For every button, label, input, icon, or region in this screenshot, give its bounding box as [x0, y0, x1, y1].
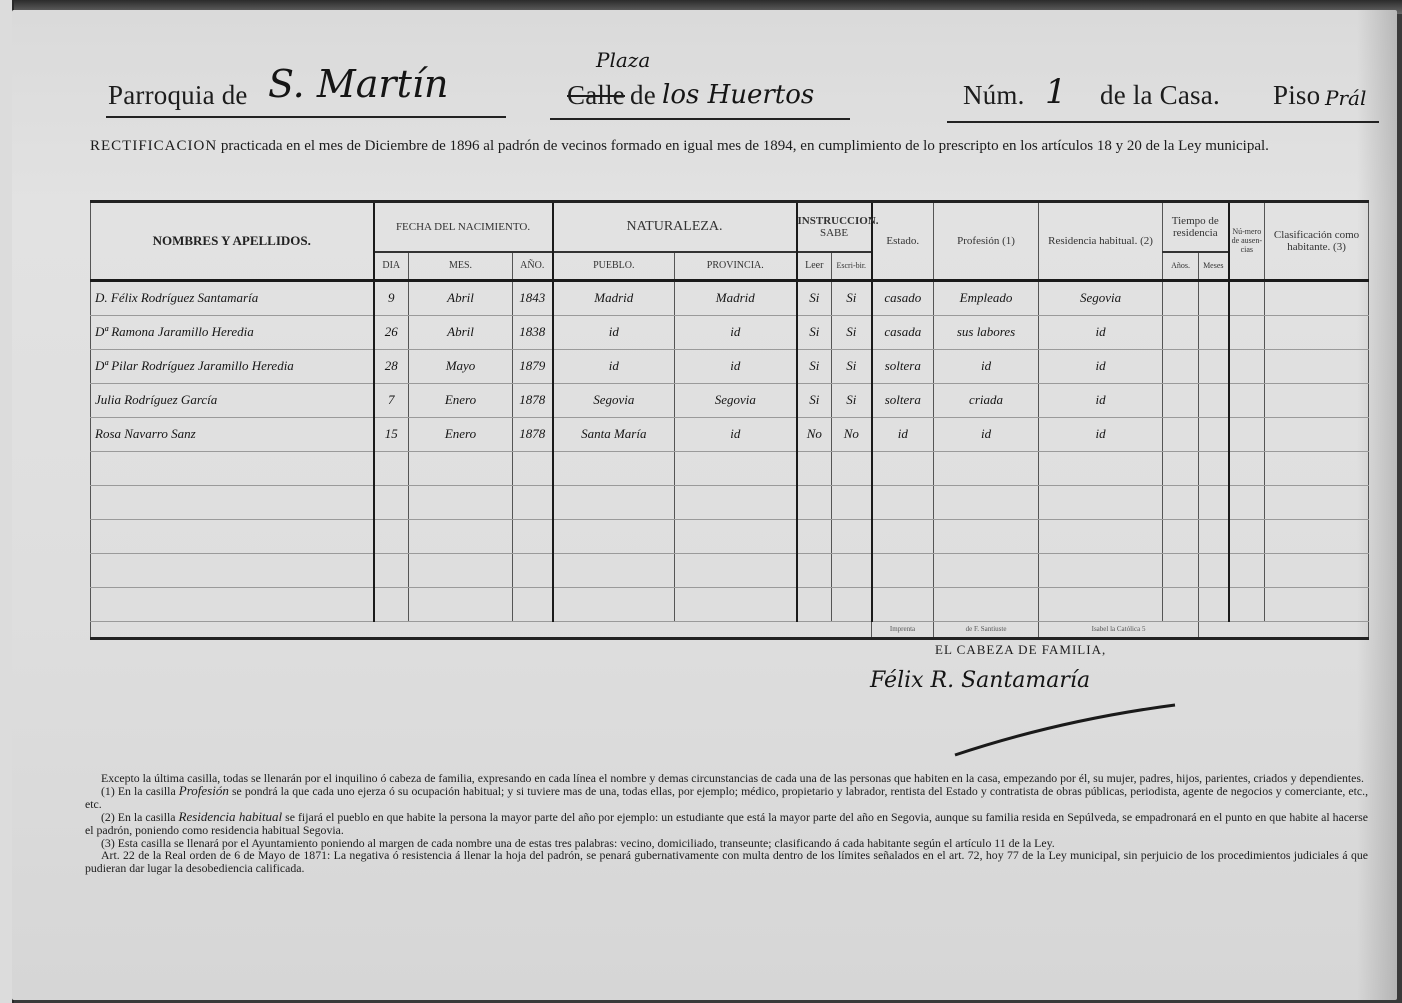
cell-clasificacion: [1265, 349, 1369, 383]
cell-numero: [1229, 417, 1265, 451]
cell-clasificacion: [1265, 485, 1369, 519]
cell-anos: [1163, 383, 1199, 417]
census-rows: D. Félix Rodríguez Santamaría 9 Abril 18…: [91, 280, 1369, 638]
header-estado: Estado.: [872, 202, 934, 281]
cell-dia: 26: [374, 315, 409, 349]
cell-pueblo: [553, 451, 675, 485]
rectification-intro: RECTIFICACION practicada en el mes de Di…: [90, 138, 1380, 155]
header-naturaleza: NATURALEZA.: [553, 202, 797, 252]
num-underline: [947, 121, 1379, 123]
header-meses: Meses: [1199, 252, 1229, 281]
header-clasificacion: Clasificación como habitante. (3): [1265, 202, 1369, 281]
instruccion-label: INSTRUCCION.: [798, 215, 871, 227]
header-residencia: Residencia habitual. (2): [1039, 202, 1163, 281]
imprint-row: Imprentade F. SantiusteIsabel la Católic…: [91, 621, 1369, 638]
cell-estado: [872, 587, 934, 621]
cell-leer: Si: [797, 349, 832, 383]
cell-escribir: Si: [832, 280, 872, 315]
cell-anos: [1163, 349, 1199, 383]
cell-pueblo: [553, 553, 675, 587]
cell-meses: [1199, 451, 1229, 485]
header-provincia: PROVINCIA.: [675, 252, 797, 281]
cell-pueblo: [553, 519, 675, 553]
cell-escribir: [832, 451, 872, 485]
table-row: [91, 451, 1369, 485]
cell-residencia: [1039, 451, 1163, 485]
cell-numero: [1229, 280, 1265, 315]
cell-residencia: id: [1039, 417, 1163, 451]
calle-value: los Huertos: [662, 80, 814, 110]
imprint-cell: Isabel la Católica 5: [1039, 621, 1199, 638]
cell-leer: [797, 587, 832, 621]
cell-pueblo: Santa María: [553, 417, 675, 451]
imprint-cell: [1199, 621, 1369, 638]
cell-nombre: D. Félix Rodríguez Santamaría: [91, 280, 374, 315]
calle-label-struck: Calle: [567, 80, 625, 111]
note-article: Art. 22 de la Real orden de 6 de Mayo de…: [85, 849, 1368, 875]
cell-provincia: [675, 553, 797, 587]
cell-mes: Abril: [409, 280, 513, 315]
cell-estado: soltera: [872, 383, 934, 417]
cell-clasificacion: [1265, 417, 1369, 451]
cell-nombre: [91, 519, 374, 553]
cell-nombre: [91, 485, 374, 519]
note-1-prefix: (1) En la casilla: [101, 784, 176, 798]
cell-dia: [374, 519, 409, 553]
cell-numero: [1229, 315, 1265, 349]
cell-clasificacion: [1265, 553, 1369, 587]
cell-estado: [872, 485, 934, 519]
header-ano: AÑO.: [513, 252, 553, 281]
cell-numero: [1229, 485, 1265, 519]
cell-mes: Enero: [409, 417, 513, 451]
cell-mes: [409, 587, 513, 621]
cell-meses: [1199, 553, 1229, 587]
cell-estado: soltera: [872, 349, 934, 383]
header-mes: MES.: [409, 252, 513, 281]
cell-clasificacion: [1265, 315, 1369, 349]
cell-mes: [409, 519, 513, 553]
cell-pueblo: id: [553, 349, 675, 383]
cell-profesion: [934, 485, 1039, 519]
note-1: (1) En la casilla Profesión se pondrá la…: [85, 785, 1368, 811]
cell-nombre: Dª Ramona Jaramillo Heredia: [91, 315, 374, 349]
cell-escribir: No: [832, 417, 872, 451]
cell-ano: [513, 451, 553, 485]
cell-anos: [1163, 519, 1199, 553]
cell-nombre: [91, 451, 374, 485]
sabe-label: SABE: [798, 227, 871, 239]
header-tiempo: Tiempo de residencia: [1163, 202, 1229, 252]
cell-provincia: Segovia: [675, 383, 797, 417]
cell-ano: [513, 519, 553, 553]
header-numero: Nú-mero de ausen-cias: [1229, 202, 1265, 281]
cell-provincia: [675, 485, 797, 519]
calle-correction: Plaza: [596, 48, 650, 72]
intro-title: RECTIFICACION: [90, 138, 217, 154]
cell-profesion: [934, 553, 1039, 587]
cell-estado: [872, 519, 934, 553]
cell-nombre: Rosa Navarro Sanz: [91, 417, 374, 451]
cell-estado: [872, 451, 934, 485]
num-value: 1: [1045, 72, 1067, 112]
cell-escribir: Si: [832, 383, 872, 417]
cell-nombre: Julia Rodríguez García: [91, 383, 374, 417]
cell-anos: [1163, 417, 1199, 451]
parroquia-underline: [106, 116, 506, 118]
cell-profesion: [934, 519, 1039, 553]
cell-mes: [409, 451, 513, 485]
cell-provincia: [675, 451, 797, 485]
imprint-cell: [91, 621, 872, 638]
cell-mes: Mayo: [409, 349, 513, 383]
cell-residencia: [1039, 485, 1163, 519]
cell-clasificacion: [1265, 519, 1369, 553]
census-table: NOMBRES Y APELLIDOS. FECHA DEL NACIMIENT…: [90, 200, 1369, 640]
cell-anos: [1163, 553, 1199, 587]
cell-escribir: Si: [832, 315, 872, 349]
cell-residencia: [1039, 587, 1163, 621]
cell-anos: [1163, 280, 1199, 315]
calle-underline: [550, 118, 850, 120]
cell-ano: [513, 587, 553, 621]
cell-clasificacion: [1265, 587, 1369, 621]
cell-meses: [1199, 485, 1229, 519]
cell-escribir: [832, 519, 872, 553]
piso-value: Prál: [1325, 86, 1366, 110]
cell-mes: [409, 485, 513, 519]
cell-numero: [1229, 383, 1265, 417]
cell-leer: [797, 451, 832, 485]
cell-leer: [797, 485, 832, 519]
cell-mes: Abril: [409, 315, 513, 349]
cell-estado: id: [872, 417, 934, 451]
header-leer: Leer: [797, 252, 832, 281]
cell-pueblo: [553, 485, 675, 519]
cell-pueblo: id: [553, 315, 675, 349]
table-row: Dª Ramona Jaramillo Heredia 26 Abril 183…: [91, 315, 1369, 349]
cell-ano: 1878: [513, 383, 553, 417]
cell-leer: [797, 519, 832, 553]
cell-meses: [1199, 587, 1229, 621]
cell-pueblo: Madrid: [553, 280, 675, 315]
cell-meses: [1199, 349, 1229, 383]
cell-mes: Enero: [409, 383, 513, 417]
calle-de: de: [630, 80, 656, 111]
parroquia-value: S. Martín: [268, 62, 448, 106]
cell-meses: [1199, 383, 1229, 417]
cell-escribir: [832, 485, 872, 519]
cell-estado: casada: [872, 315, 934, 349]
cell-nombre: Dª Pilar Rodríguez Jaramillo Heredia: [91, 349, 374, 383]
cell-profesion: criada: [934, 383, 1039, 417]
cell-leer: Si: [797, 280, 832, 315]
cell-anos: [1163, 451, 1199, 485]
header-nombres: NOMBRES Y APELLIDOS.: [91, 202, 374, 281]
cell-anos: [1163, 587, 1199, 621]
cell-ano: 1879: [513, 349, 553, 383]
header-pueblo: PUEBLO.: [553, 252, 675, 281]
cell-dia: 28: [374, 349, 409, 383]
cell-estado: casado: [872, 280, 934, 315]
cell-profesion: [934, 451, 1039, 485]
table-row: [91, 485, 1369, 519]
header-profesion: Profesión (1): [934, 202, 1039, 281]
imprint-cell: de F. Santiuste: [934, 621, 1039, 638]
cell-residencia: [1039, 519, 1163, 553]
cell-meses: [1199, 315, 1229, 349]
cell-dia: [374, 451, 409, 485]
cell-estado: [872, 553, 934, 587]
cell-escribir: [832, 587, 872, 621]
cell-escribir: [832, 553, 872, 587]
cell-residencia: id: [1039, 349, 1163, 383]
cell-dia: [374, 485, 409, 519]
imprint-cell: Imprenta: [872, 621, 934, 638]
cell-meses: [1199, 417, 1229, 451]
cell-profesion: sus labores: [934, 315, 1039, 349]
cell-dia: [374, 553, 409, 587]
cell-profesion: id: [934, 417, 1039, 451]
cell-nombre: [91, 587, 374, 621]
cell-numero: [1229, 519, 1265, 553]
cell-provincia: Madrid: [675, 280, 797, 315]
cell-residencia: Segovia: [1039, 280, 1163, 315]
cell-pueblo: [553, 587, 675, 621]
note-2-term: Residencia habitual: [179, 809, 283, 824]
cell-provincia: id: [675, 349, 797, 383]
casa-label: de la Casa.: [1100, 80, 1220, 111]
cell-ano: [513, 485, 553, 519]
table-row: [91, 587, 1369, 621]
cell-ano: 1838: [513, 315, 553, 349]
note-2: (2) En la casilla Residencia habitual se…: [85, 811, 1368, 837]
cell-pueblo: Segovia: [553, 383, 675, 417]
table-row: [91, 553, 1369, 587]
cell-leer: Si: [797, 315, 832, 349]
cell-profesion: [934, 587, 1039, 621]
signature-flourish: [950, 700, 1180, 760]
cell-ano: 1878: [513, 417, 553, 451]
num-label: Núm.: [963, 80, 1025, 111]
cell-provincia: [675, 519, 797, 553]
table-row: Rosa Navarro Sanz 15 Enero 1878 Santa Ma…: [91, 417, 1369, 451]
cell-provincia: id: [675, 315, 797, 349]
header-anos: Años.: [1163, 252, 1199, 281]
header-escribir: Escri-bir.: [832, 252, 872, 281]
table-row: Julia Rodríguez García 7 Enero 1878 Sego…: [91, 383, 1369, 417]
cell-ano: 1843: [513, 280, 553, 315]
cell-dia: 9: [374, 280, 409, 315]
cell-ano: [513, 553, 553, 587]
note-2-prefix: (2) En la casilla: [101, 810, 176, 824]
cell-dia: 15: [374, 417, 409, 451]
signature-block: EL CABEZA DE FAMILIA,: [935, 642, 1106, 658]
cell-anos: [1163, 485, 1199, 519]
cell-dia: 7: [374, 383, 409, 417]
cell-provincia: [675, 587, 797, 621]
cell-leer: [797, 553, 832, 587]
cell-profesion: id: [934, 349, 1039, 383]
cell-residencia: [1039, 553, 1163, 587]
cell-clasificacion: [1265, 451, 1369, 485]
cell-residencia: id: [1039, 315, 1163, 349]
table-row: D. Félix Rodríguez Santamaría 9 Abril 18…: [91, 280, 1369, 315]
piso-label: Piso: [1273, 80, 1320, 111]
signature-title: EL CABEZA DE FAMILIA,: [935, 642, 1106, 658]
parroquia-label: Parroquia de: [108, 80, 248, 111]
cell-meses: [1199, 280, 1229, 315]
cell-anos: [1163, 315, 1199, 349]
cell-leer: Si: [797, 383, 832, 417]
cell-nombre: [91, 553, 374, 587]
header-fecha: FECHA DEL NACIMIENTO.: [374, 202, 553, 252]
cell-dia: [374, 587, 409, 621]
instruction-notes: Excepto la última casilla, todas se llen…: [85, 772, 1368, 875]
header-instruccion: INSTRUCCION.SABE: [797, 202, 872, 252]
cell-numero: [1229, 349, 1265, 383]
header-dia: DIA: [374, 252, 409, 281]
note-1-text: se pondrá la que cada uno ejerza ó su oc…: [85, 784, 1368, 811]
cell-escribir: Si: [832, 349, 872, 383]
cell-meses: [1199, 519, 1229, 553]
cell-residencia: id: [1039, 383, 1163, 417]
signature: Félix R. Santamaría: [870, 668, 1090, 693]
cell-numero: [1229, 451, 1265, 485]
cell-profesion: Empleado: [934, 280, 1039, 315]
table-row: [91, 519, 1369, 553]
cell-leer: No: [797, 417, 832, 451]
cell-provincia: id: [675, 417, 797, 451]
cell-numero: [1229, 553, 1265, 587]
cell-clasificacion: [1265, 383, 1369, 417]
note-1-term: Profesión: [179, 783, 229, 798]
cell-numero: [1229, 587, 1265, 621]
cell-clasificacion: [1265, 280, 1369, 315]
table-row: Dª Pilar Rodríguez Jaramillo Heredia 28 …: [91, 349, 1369, 383]
cell-mes: [409, 553, 513, 587]
intro-text: practicada en el mes de Diciembre de 189…: [221, 138, 1269, 154]
